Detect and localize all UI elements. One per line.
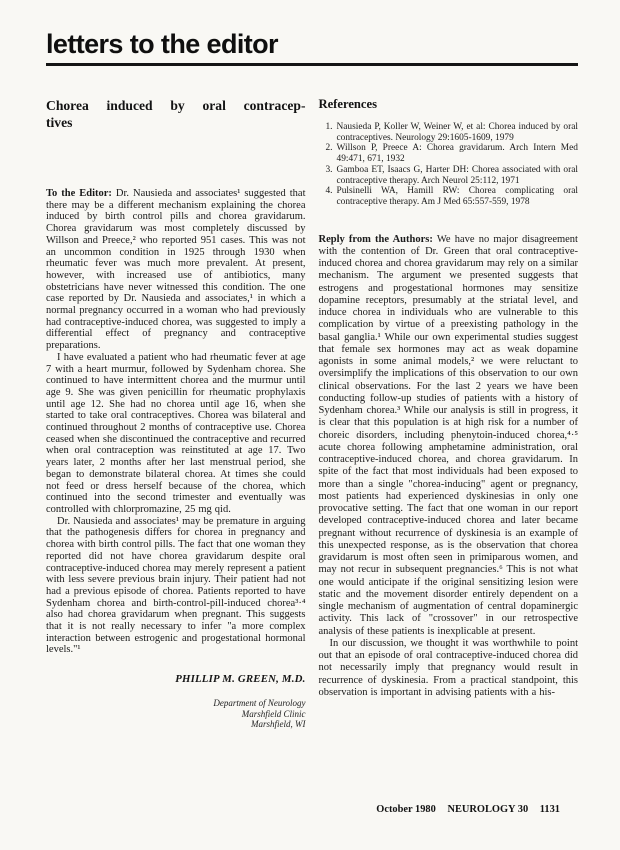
letter-salutation: To the Editor: — [46, 188, 112, 199]
footer-journal: NEUROLOGY 30 — [447, 804, 528, 815]
letter-paragraph: Dr. Nausieda and associates¹ may be prem… — [46, 516, 306, 656]
reference-list: 1. Nausieda P, Koller W, Weiner W, et al… — [319, 122, 579, 208]
letter-paragraph-text: Dr. Nausieda and associates¹ suggested t… — [46, 188, 306, 351]
reply-paragraph: In our discussion, we thought it was wor… — [319, 638, 579, 699]
reference-text: Willson P, Preece A: Chorea gravidarum. … — [337, 143, 579, 164]
author-signature: PHILLIP M. GREEN, M.D. — [46, 673, 306, 685]
letter-title-line2: tives — [46, 114, 306, 131]
reply-paragraph-text: We have no major disagreement with the c… — [319, 234, 579, 637]
footer-issue: October 1980 — [376, 804, 436, 815]
reference-number: 4. — [319, 186, 337, 207]
footer-page-number: 1131 — [540, 804, 560, 815]
affiliation-line: Marshfield, WI — [46, 719, 306, 730]
reference-item: 4. Pulsinelli WA, Hamill RW: Chorea comp… — [319, 186, 579, 207]
reply-lead: Reply from the Authors: — [319, 234, 433, 245]
affiliation-line: Department of Neurology — [46, 698, 306, 709]
references-heading: References — [319, 97, 579, 112]
reference-number: 1. — [319, 122, 337, 143]
reply-column: References 1. Nausieda P, Koller W, Wein… — [319, 97, 579, 730]
reference-number: 3. — [319, 165, 337, 186]
section-title: letters to the editor — [46, 31, 578, 58]
two-column-layout: Chorea induced by oral contracep- tives … — [46, 97, 578, 730]
reference-text: Nausieda P, Koller W, Weiner W, et al: C… — [337, 122, 579, 143]
letter-title: Chorea induced by oral contracep- tives — [46, 97, 306, 131]
affiliation-line: Marshfield Clinic — [46, 709, 306, 720]
author-affiliation: Department of Neurology Marshfield Clini… — [46, 698, 306, 730]
reference-item: 1. Nausieda P, Koller W, Weiner W, et al… — [319, 122, 579, 143]
reference-item: 3. Gamboa ET, Isaacs G, Harter DH: Chore… — [319, 165, 579, 186]
letter-paragraph: I have evaluated a patient who had rheum… — [46, 352, 306, 516]
letter-paragraph: To the Editor: Dr. Nausieda and associat… — [46, 188, 306, 352]
reference-number: 2. — [319, 143, 337, 164]
page-footer: October 1980 NEUROLOGY 30 1131 — [376, 804, 560, 815]
letter-title-line1: Chorea induced by oral contracep- — [46, 97, 306, 114]
letter-paragraph-text: Dr. Nausieda and associates¹ may be prem… — [46, 516, 306, 656]
masthead: letters to the editor — [46, 31, 578, 66]
reference-text: Gamboa ET, Isaacs G, Harter DH: Chorea a… — [337, 165, 579, 186]
reply-paragraph: Reply from the Authors: We have no major… — [319, 234, 579, 638]
letter-column: Chorea induced by oral contracep- tives … — [46, 97, 306, 730]
reply-section: Reply from the Authors: We have no major… — [319, 234, 579, 700]
journal-page: letters to the editor Chorea induced by … — [0, 0, 620, 850]
reference-item: 2. Willson P, Preece A: Chorea gravidaru… — [319, 143, 579, 164]
letter-paragraph-text: I have evaluated a patient who had rheum… — [46, 352, 306, 515]
reply-paragraph-text: In our discussion, we thought it was wor… — [319, 638, 579, 698]
reference-text: Pulsinelli WA, Hamill RW: Chorea complic… — [337, 186, 579, 207]
